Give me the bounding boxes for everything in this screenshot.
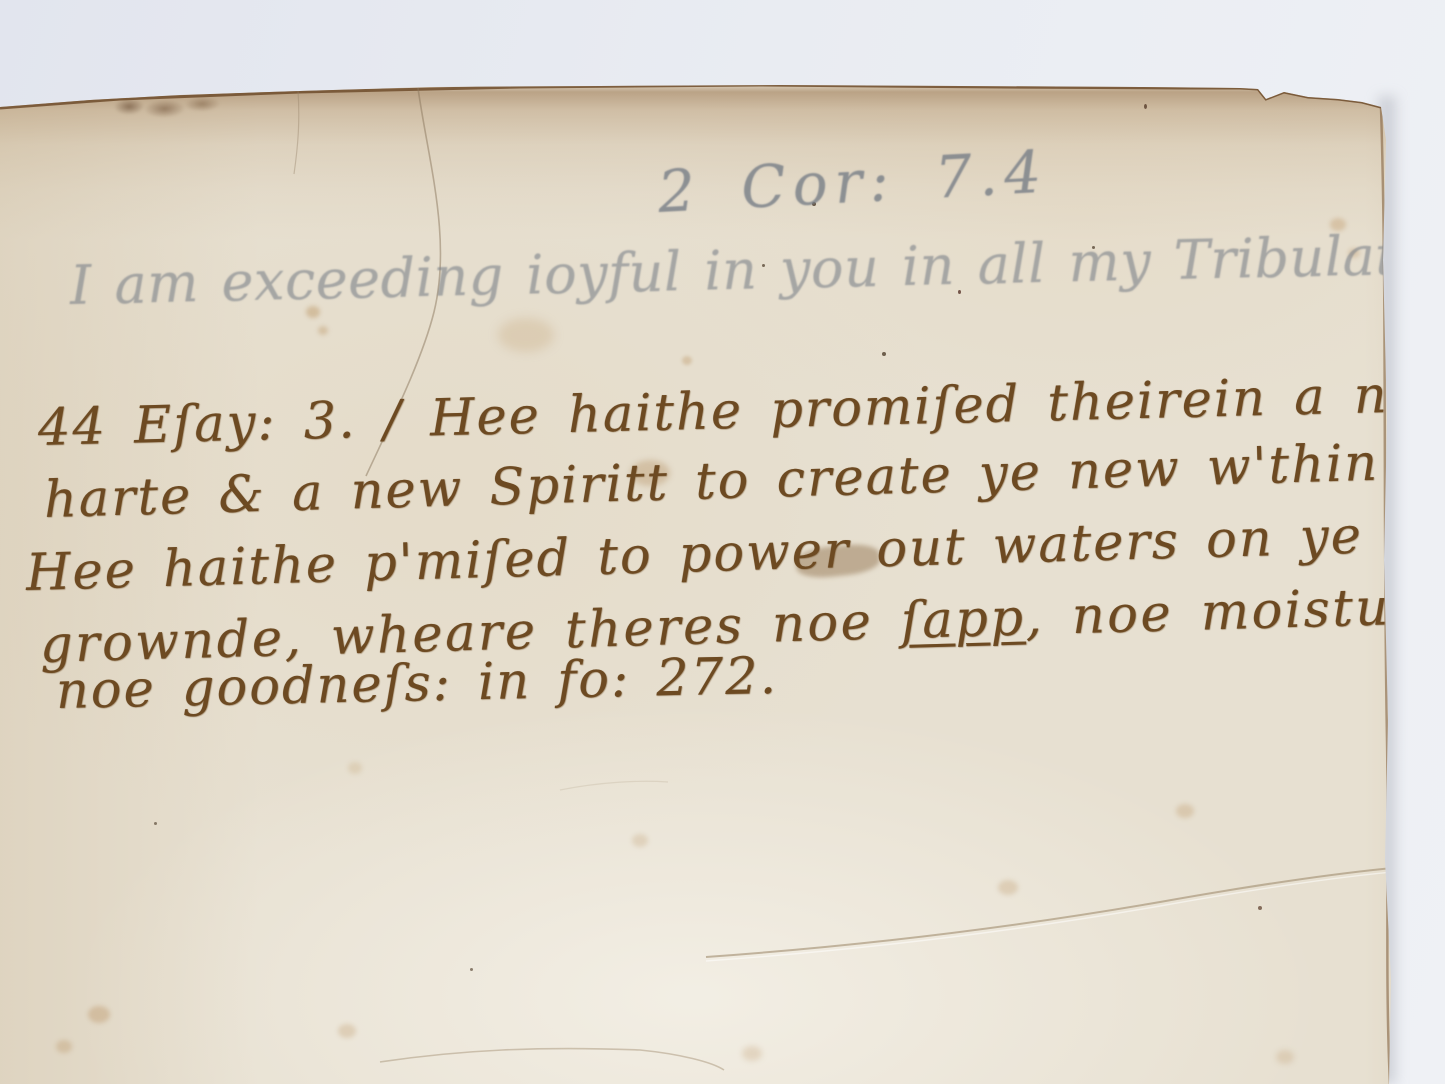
ink-smudge [107,88,226,126]
stain [1276,1050,1294,1064]
stain [742,1046,762,1061]
manuscript-page: 2 Cor: 7.4 I am exceeding ioyful in you … [0,0,1445,1084]
stain [632,834,648,847]
ink-speck [1144,104,1147,109]
stain [348,762,362,774]
stain [338,1024,356,1038]
ink-speck [154,822,157,825]
ink-line-4-underlined-word: ſapp [900,588,1026,650]
ink-speck [882,352,886,356]
stain [88,1006,110,1023]
pencil-inscription: I am exceeding ioyful in you in all my T… [69,222,1445,317]
stain [318,326,328,335]
photo-background: 2 Cor: 7.4 I am exceeding ioyful in you … [0,0,1445,1084]
stain [56,1040,72,1053]
pencil-reference: 2 Cor: 7.4 [656,138,1050,226]
stain [498,318,554,352]
ink-line-4-text: , noe moisture, [1025,576,1445,647]
stain [682,356,692,365]
ink-speck [470,968,473,971]
ink-speck [1258,906,1262,910]
stain [998,880,1018,895]
stain [1176,804,1194,818]
